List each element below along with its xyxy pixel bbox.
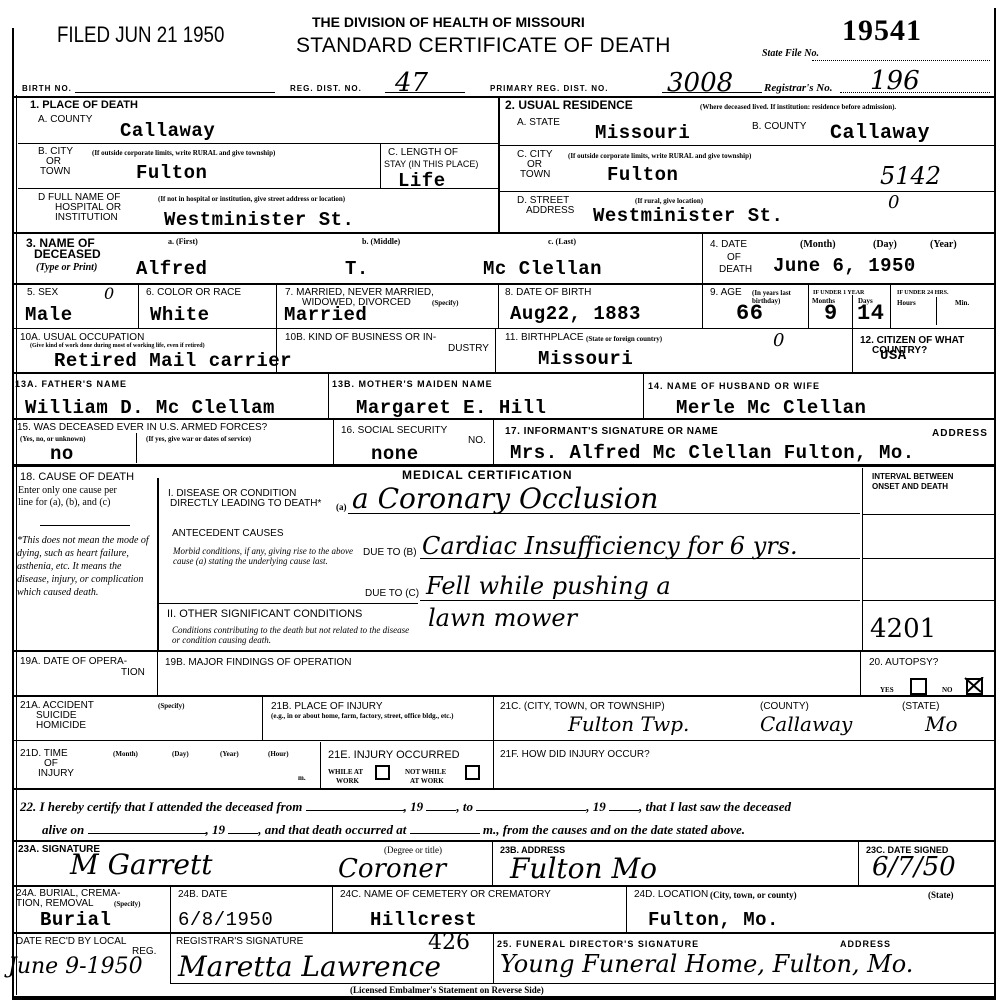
cause-instr-2: line for (a), (b), and (c)	[18, 499, 110, 507]
residence-county-value: Callaway	[830, 124, 930, 144]
certify-to: , to	[456, 799, 473, 814]
dod-month-label: (Month)	[800, 241, 836, 249]
residence-state-value: Missouri	[595, 123, 690, 143]
section-divider	[12, 788, 996, 790]
hospital-value: Westminister St.	[164, 210, 354, 230]
col-divider	[157, 651, 158, 695]
first-name-value: Alfred	[136, 259, 207, 279]
informant-value: Mrs. Alfred Mc Clellan Fulton, Mo.	[510, 443, 915, 463]
medical-certification-heading: MEDICAL CERTIFICATION	[402, 470, 573, 480]
interval-line	[863, 600, 994, 601]
reg-dist-underline	[385, 92, 465, 93]
certify-last-saw: , that I last saw the deceased	[639, 799, 791, 814]
race-label: 6. COLOR OR RACE	[146, 288, 241, 298]
to-date-blank	[476, 810, 586, 811]
check-x-icon	[964, 677, 984, 693]
interval-divider	[862, 468, 863, 650]
alive-date-blank	[88, 833, 206, 834]
date-signed-value: 6/7/50	[872, 852, 956, 882]
cemetery-label: 24c. NAME OF CEMETERY OR CREMATORY	[340, 890, 551, 900]
division-heading: THE DIVISION OF HEALTH OF MISSOURI	[312, 14, 585, 30]
not-at-work-checkbox[interactable]	[465, 765, 480, 780]
from-year-blank	[426, 810, 456, 811]
burial-state-note: (State)	[928, 891, 954, 899]
cause-footnote: *This does not mean the mode of dying, s…	[17, 534, 153, 599]
from-date-blank	[306, 810, 404, 811]
other-conditions-label: II. OTHER SIGNIFICANT CONDITIONS	[167, 609, 362, 619]
reg-dist-value: 47	[395, 68, 428, 98]
col-divider	[136, 433, 137, 463]
injury-specify: (Specify)	[158, 702, 184, 710]
col-divider	[860, 651, 861, 695]
col-divider	[858, 841, 859, 885]
not-at-work-label: NOT WHILE	[405, 768, 446, 776]
business-label-2: DUSTRY	[448, 344, 489, 354]
injury-label: INJURY	[38, 769, 74, 779]
residence-code-handwritten: 5142	[880, 162, 941, 190]
burial-location-note: (City, town, or county)	[710, 891, 797, 899]
certify-text: 22. I hereby certify that I attended the…	[20, 799, 302, 814]
dob-value: Aug22, 1883	[510, 304, 641, 324]
dod-year-label: (Year)	[930, 241, 957, 249]
other-conditions-note: Conditions contributing to the death but…	[172, 625, 412, 645]
col-divider	[320, 742, 321, 788]
age-days-value: 14	[857, 304, 884, 324]
birth-no-label: BIRTH NO.	[22, 84, 72, 94]
cause-a-value: a Coronary Occlusion	[352, 482, 658, 515]
injury-year-label: (Year)	[220, 750, 239, 758]
county-label: a. COUNTY	[38, 115, 92, 125]
right-border	[994, 8, 996, 998]
col-divider	[138, 284, 139, 328]
date-received-value: June 9-1950	[8, 954, 143, 979]
row-line	[12, 328, 996, 329]
business-label: 10b. KIND OF BUSINESS OR IN-	[285, 333, 436, 343]
place-of-injury-note: (e.g., in or about home, farm, factory, …	[271, 712, 486, 720]
funeral-address-label: ADDRESS	[840, 939, 891, 949]
section-divider	[12, 464, 996, 467]
col-divider	[495, 329, 496, 372]
hospital-note: (If not in hospital or institution, give…	[158, 195, 345, 203]
birthplace-value: Missouri	[538, 349, 633, 369]
date-received-label: DATE REC'D BY LOCAL	[16, 937, 126, 947]
certify-line-1: 22. I hereby certify that I attended the…	[20, 799, 791, 815]
due-to-c-label: DUE TO (c)	[365, 589, 419, 599]
row-line	[499, 191, 994, 192]
funeral-director-label: 25. FUNERAL DIRECTOR'S SIGNATURE	[497, 939, 699, 949]
burial-location-value: Fulton, Mo.	[648, 910, 779, 930]
age-years-value: 66	[736, 304, 763, 324]
col-divider	[852, 295, 853, 328]
death-city-value: Fulton	[136, 163, 207, 183]
time-blank	[410, 833, 480, 834]
spouse-label: 14. NAME OF HUSBAND OR WIFE	[648, 381, 820, 391]
injury-hour-label: (Hour)	[268, 750, 289, 758]
findings-label: 19b. MAJOR FINDINGS OF OPERATION	[165, 658, 352, 668]
row-line	[170, 983, 996, 984]
type-or-print-label: (Type or Print)	[36, 262, 97, 273]
degree-label: (Degree or title)	[384, 846, 442, 854]
state-label: a. STATE	[517, 118, 560, 128]
armed-forces-label: 15. WAS DECEASED EVER IN U.S. ARMED FORC…	[17, 423, 267, 433]
registration-code: 426	[428, 930, 470, 955]
residence-city-value: Fulton	[607, 165, 678, 185]
section-divider	[12, 232, 996, 234]
alive-on: alive on	[42, 822, 84, 837]
certificate-title: STANDARD CERTIFICATE OF DEATH	[296, 34, 671, 58]
injury-county-value: Callaway	[760, 712, 852, 736]
min-label: Min.	[955, 299, 969, 307]
ssn-value: none	[371, 444, 419, 464]
not-at-work-label-2: AT WORK	[410, 777, 444, 785]
to-year-blank	[609, 810, 639, 811]
bottom-border	[12, 996, 996, 1000]
primary-reg-dist-label: PRIMARY REG. DIST. NO.	[490, 84, 608, 94]
death-occurred-at: , and that death occurred at	[258, 822, 406, 837]
state-file-label: State File No.	[762, 48, 819, 59]
sex-value: Male	[25, 305, 73, 325]
informant-address-label: ADDRESS	[932, 429, 988, 439]
row-line	[12, 695, 996, 697]
certifier-address-value: Fulton Mo	[510, 852, 657, 885]
while-at-work-label-2: WORK	[336, 777, 359, 785]
col-divider	[493, 933, 494, 983]
race-value: White	[150, 305, 210, 325]
col-divider	[170, 886, 171, 932]
cause-instr-1: Enter only one cause per	[18, 487, 117, 495]
col-divider	[493, 419, 494, 464]
col-divider	[936, 297, 937, 325]
armed-note-2: (If yes, give war or dates of service)	[146, 435, 251, 443]
interval-code: 4201	[870, 614, 936, 644]
cause-of-death-label: 18. CAUSE OF DEATH	[20, 472, 134, 482]
autopsy-no-label: NO	[942, 686, 953, 694]
residence-note: (Where deceased lived. If institution: r…	[700, 103, 896, 111]
ssn-label: 16. SOCIAL SECURITY	[341, 426, 447, 436]
address-label: ADDRESS	[526, 206, 574, 216]
alive-19: , 19	[206, 822, 226, 837]
citizen-value: USA	[880, 346, 907, 366]
burial-date-value: 6/8/1950	[178, 910, 273, 930]
birthplace-label: 11. BIRTHPLACE	[505, 333, 584, 343]
town-label: TOWN	[40, 167, 70, 177]
dod-of-label: OF	[727, 253, 741, 263]
injury-day-label: (Day)	[172, 750, 189, 758]
usual-residence-label: 2. USUAL RESIDENCE	[505, 100, 633, 110]
interval-label: INTERVAL BETWEEN	[872, 472, 953, 482]
col-divider	[852, 329, 853, 372]
occupation-note: (Give kind of work done during most of w…	[30, 343, 275, 350]
section-divider	[12, 885, 996, 887]
degree-value: Coroner	[338, 854, 446, 884]
marital-value: Married	[284, 305, 367, 325]
father-label: 13a. FATHER'S NAME	[15, 379, 127, 389]
section-divider	[12, 372, 996, 374]
interval-line	[863, 558, 994, 559]
registrar-signature: Maretta Lawrence	[178, 950, 441, 983]
injury-homicide-label: HOMICIDE	[36, 721, 86, 731]
while-at-work-checkbox[interactable]	[375, 765, 390, 780]
alive-year-blank	[228, 833, 258, 834]
how-injury-label: 21f. HOW DID INJURY OCCUR?	[500, 750, 650, 760]
burial-date-label: 24b. DATE	[178, 890, 227, 900]
under-day-label: IF UNDER 24 HRS.	[897, 289, 948, 297]
hours-label: Hours	[897, 299, 916, 307]
section-divider	[12, 650, 996, 652]
filed-stamp: FILED JUN 21 1950	[57, 22, 224, 48]
residence-city-note: (If outside corporate limits, write RURA…	[568, 152, 751, 160]
injury-state-value: Mo	[925, 712, 958, 736]
state-file-underline	[812, 60, 990, 61]
operation-date-label-2: TION	[121, 668, 145, 678]
physician-signature: M Garrett	[70, 848, 212, 881]
certify-19: , 19	[404, 799, 424, 814]
autopsy-no-checkbox[interactable]	[966, 678, 983, 695]
cause-b-value: Cardiac Insufficiency for 6 yrs.	[422, 532, 798, 560]
row-line	[12, 740, 996, 741]
dod-divider	[702, 233, 703, 283]
registrar-no-underline	[840, 92, 990, 93]
col-divider	[333, 419, 334, 464]
birth-no-field	[75, 92, 275, 93]
dod-death-label: DEATH	[719, 265, 752, 275]
injury-m-label: m.	[298, 774, 306, 782]
footer-note: (Licensed Embalmer's Statement on Revers…	[350, 985, 544, 995]
father-value: William D. Mc Clellam	[25, 398, 275, 418]
cemetery-value: Hillcrest	[370, 910, 477, 930]
row-line	[12, 418, 996, 420]
row-line	[18, 143, 498, 144]
while-at-work-label: WHILE AT	[328, 768, 363, 776]
col-divider	[170, 933, 171, 983]
header-divider	[12, 96, 996, 98]
cause-line	[348, 513, 860, 514]
injury-city-value: Fulton Twp.	[568, 712, 689, 736]
interval-label-2: ONSET AND DEATH	[872, 482, 948, 492]
marital-specify: (Specify)	[432, 299, 458, 307]
city-note: (If outside corporate limits, write RURA…	[92, 149, 275, 157]
from-causes: m., from the causes and on the date stat…	[483, 822, 745, 837]
spouse-value: Merle Mc Clellan	[676, 398, 866, 418]
injury-location-label: 21c. (CITY, TOWN, OR TOWNSHIP)	[500, 702, 665, 712]
sex-label: 5. SEX	[27, 288, 58, 298]
certify-line-2: alive on , 19 , and that death occurred …	[42, 822, 745, 838]
state-file-number: 19541	[842, 14, 922, 48]
injury-state-label: (STATE)	[902, 702, 939, 712]
dob-label: 8. DATE OF BIRTH	[505, 288, 591, 298]
reg-dist-label: REG. DIST. NO.	[290, 84, 362, 94]
col-divider	[328, 373, 329, 418]
burial-type-value: Burial	[40, 910, 111, 930]
row-line	[499, 145, 994, 146]
middle-name-label: b. (Middle)	[362, 238, 400, 246]
stay-divider	[380, 144, 381, 188]
col-divider	[498, 284, 499, 328]
due-to-b-label: DUE TO (b)	[363, 548, 417, 558]
burial-type-label-2: TION, REMOVAL	[16, 899, 94, 909]
last-name-label: c. (Last)	[548, 238, 576, 246]
middle-name-value: T.	[345, 259, 369, 279]
informant-label: 17. INFORMANT'S SIGNATURE OR NAME	[505, 427, 718, 437]
birthplace-note: (State or foreign country)	[586, 335, 662, 343]
age-label: 9. AGE	[710, 288, 742, 298]
certify-19b: , 19	[586, 799, 606, 814]
left-border	[12, 28, 14, 998]
col-divider	[332, 886, 333, 932]
residence-county-label: b. COUNTY	[752, 122, 806, 132]
cause-line	[158, 603, 418, 604]
mother-label: 13b. MOTHER'S MAIDEN NAME	[332, 379, 493, 389]
col-divider	[492, 841, 493, 885]
marker-a: (a)	[336, 503, 347, 511]
col-divider	[643, 373, 644, 418]
row-line	[12, 840, 996, 842]
ssn-no-label: NO.	[468, 436, 486, 446]
cause-col-divider	[157, 478, 159, 650]
col-divider	[262, 696, 263, 740]
birthplace-mark: 0	[773, 330, 784, 351]
row-line	[12, 932, 996, 934]
burial-location-label: 24d. LOCATION	[634, 890, 708, 900]
operation-date-label: 19a. DATE OF OPERA-	[20, 657, 127, 667]
armed-forces-value: no	[50, 444, 74, 464]
antecedent-label: ANTECEDENT CAUSES	[172, 529, 284, 539]
col-divider	[808, 284, 809, 328]
age-months-value: 9	[824, 304, 838, 324]
disease-label-2: DIRECTLY LEADING TO DEATH*	[170, 499, 321, 509]
place-of-death-label: 1. PLACE OF DEATH	[30, 100, 138, 110]
autopsy-label: 20. AUTOPSY?	[869, 658, 938, 668]
street-mark: 0	[888, 192, 899, 213]
occupation-value: Retired Mail carrier	[54, 351, 292, 371]
mother-value: Margaret E. Hill	[356, 398, 546, 418]
cause-line	[420, 558, 860, 559]
place-of-injury-label: 21b. PLACE OF INJURY	[271, 702, 383, 712]
occupation-label: 10a. USUAL OCCUPATION	[20, 333, 144, 343]
cause-c-value: Fell while pushing a	[426, 572, 671, 600]
burial-specify: (Specify)	[114, 900, 140, 908]
dod-day-label: (Day)	[873, 241, 897, 249]
hospital-label-3: INSTITUTION	[55, 213, 118, 223]
cause-line	[420, 600, 860, 601]
antecedent-note: Morbid conditions, if any, giving rise t…	[173, 546, 373, 566]
interval-line	[863, 514, 994, 515]
sex-mark: 0	[104, 284, 114, 303]
injury-occurred-label: 21e. INJURY OCCURRED	[328, 750, 460, 760]
row-line	[18, 188, 498, 189]
section-divider	[12, 283, 996, 285]
date-of-death-label: 4. DATE	[710, 240, 747, 250]
registrar-signature-label: REGISTRAR'S SIGNATURE	[176, 937, 303, 947]
funeral-director-signature: Young Funeral Home, Fulton, Mo.	[500, 950, 913, 978]
col-divider	[890, 284, 891, 328]
injury-county-label: (COUNTY)	[760, 702, 809, 712]
residence-street-value: Westminister St.	[593, 206, 783, 226]
armed-note-1: (Yes, no, or unknown)	[20, 435, 85, 443]
under-year-label: IF UNDER 1 YEAR	[813, 289, 864, 297]
first-name-label: a. (First)	[168, 238, 198, 246]
date-of-death-value: June 6, 1950	[773, 256, 916, 276]
death-county-value: Callaway	[120, 121, 215, 141]
residence-town-label: TOWN	[520, 170, 550, 180]
autopsy-yes-checkbox[interactable]	[910, 678, 927, 695]
col-divider	[626, 886, 627, 932]
stay-label-2: STAY (in this place)	[384, 159, 478, 169]
registrar-no-label: Registrar's No.	[764, 82, 832, 94]
last-name-value: Mc Clellan	[483, 259, 602, 279]
length-of-stay-label: c. LENGTH OF	[388, 148, 458, 158]
deceased-label: DECEASED	[34, 249, 101, 259]
primary-reg-underline	[662, 92, 762, 93]
street-note: (If rural, give location)	[635, 197, 703, 205]
col-divider	[493, 696, 494, 788]
col-divider	[702, 284, 703, 328]
place-residence-divider	[498, 96, 500, 232]
autopsy-yes-label: YES	[880, 686, 894, 694]
short-rule	[40, 525, 130, 526]
cause-c2-value: lawn mower	[428, 604, 577, 632]
injury-month-label: (Month)	[113, 750, 138, 758]
primary-reg-dist-value: 3008	[667, 68, 733, 98]
